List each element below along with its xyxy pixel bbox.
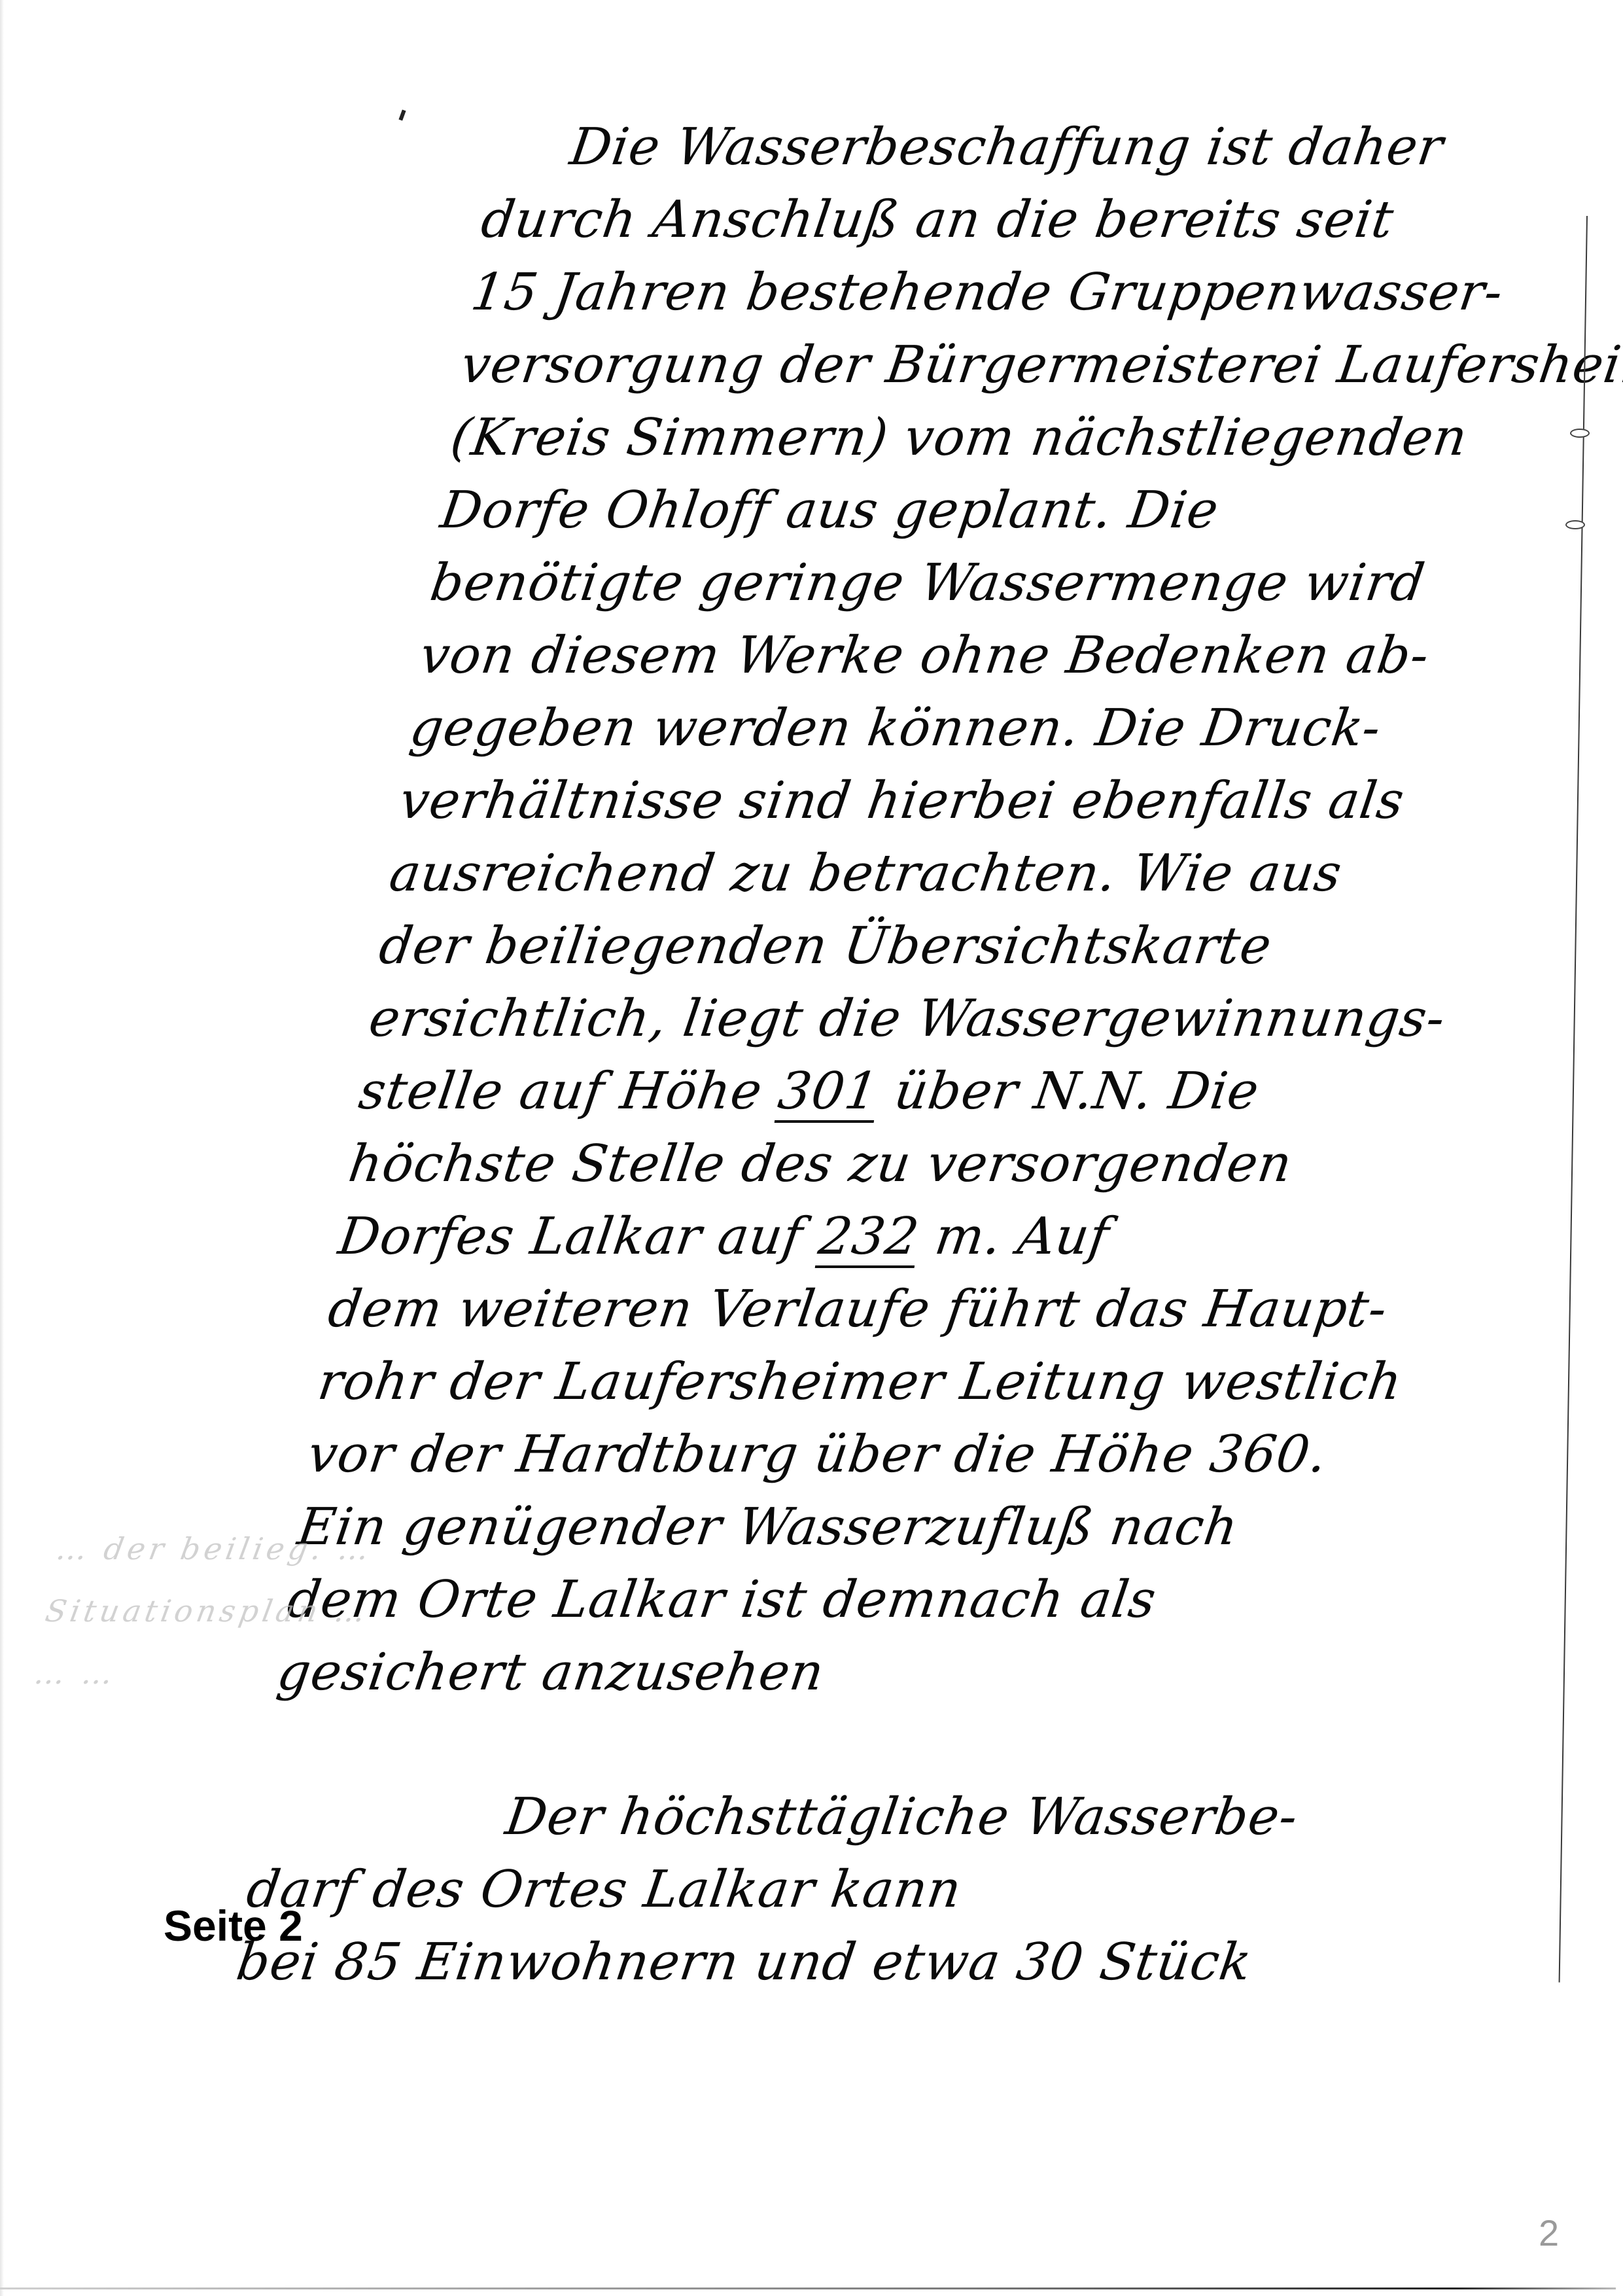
text-fragment: Dorfes Lalkar auf bbox=[335, 1207, 824, 1266]
text-line: Dorfe Ohloff aus geplant. Die bbox=[436, 474, 1467, 547]
text-line: dem weiteren Verlaufe führt das Haupt- bbox=[324, 1273, 1355, 1346]
text-line: höchste Stelle des zu versorgenden bbox=[344, 1128, 1375, 1201]
text-line: ausreichend zu betrachten. Wie aus bbox=[385, 838, 1416, 910]
margin-note-line: … … bbox=[29, 1642, 446, 1704]
text-line: (Kreis Simmern) vom nächstliegenden bbox=[446, 402, 1477, 474]
margin-note-line: … der beilieg. … bbox=[51, 1518, 468, 1580]
margin-note-line: Situationsplan … bbox=[41, 1580, 457, 1642]
text-line: verhältnisse sind hierbei ebenfalls als bbox=[395, 765, 1426, 838]
handwritten-body-text: Die Wasserbeschaffung ist daher durch An… bbox=[232, 111, 1518, 1999]
underlined-village-height: 232 bbox=[815, 1207, 923, 1266]
underlined-source-height: 301 bbox=[775, 1062, 882, 1121]
text-fragment: stelle auf Höhe bbox=[355, 1062, 783, 1121]
text-line: darf des Ortes Lalkar kann bbox=[242, 1854, 1273, 1926]
text-line: durch Anschluß an die bereits seit bbox=[477, 184, 1508, 256]
text-line: der beiliegenden Übersichtskarte bbox=[375, 910, 1406, 983]
page-number: 2 bbox=[1539, 2212, 1559, 2254]
text-line: bei 85 Einwohnern und etwa 30 Stück bbox=[232, 1926, 1263, 1999]
scan-page-edge bbox=[0, 0, 4, 2296]
text-line: vor der Hardtburg über die Höhe 360. bbox=[304, 1419, 1335, 1491]
paper-fold-line bbox=[1559, 216, 1588, 1983]
text-line: benötigte geringe Wassermenge wird bbox=[426, 547, 1457, 620]
text-line-village-height: Dorfes Lalkar auf 232 m. Auf bbox=[334, 1201, 1365, 1273]
scan-bottom-edge bbox=[0, 2287, 1616, 2289]
text-fragment: m. Auf bbox=[915, 1207, 1113, 1266]
text-line: ersichtlich, liegt die Wassergewinnungs- bbox=[364, 983, 1395, 1055]
fold-mark bbox=[1570, 429, 1590, 438]
fold-mark bbox=[1565, 520, 1585, 529]
text-line: 15 Jahren bestehende Gruppenwasser- bbox=[466, 256, 1497, 329]
faint-margin-note: … der beilieg. … Situationsplan … … … bbox=[29, 1518, 468, 1704]
text-line-source-height: stelle auf Höhe 301 über N.N. Die bbox=[355, 1055, 1386, 1128]
text-line: gegeben werden können. Die Druck- bbox=[406, 692, 1437, 765]
ink-speck bbox=[398, 109, 406, 120]
page-label: Seite 2 bbox=[164, 1901, 303, 1951]
text-line: versorgung der Bürgermeisterei Laufershe… bbox=[457, 329, 1488, 402]
text-line: rohr der Laufersheimer Leitung westlich bbox=[313, 1346, 1344, 1419]
text-fragment: über N.N. Die bbox=[874, 1062, 1263, 1121]
text-line: von diesem Werke ohne Bedenken ab- bbox=[415, 620, 1446, 692]
text-line: Der höchsttägliche Wasserbe- bbox=[253, 1781, 1283, 1854]
text-line: Die Wasserbeschaffung ist daher bbox=[487, 111, 1518, 184]
